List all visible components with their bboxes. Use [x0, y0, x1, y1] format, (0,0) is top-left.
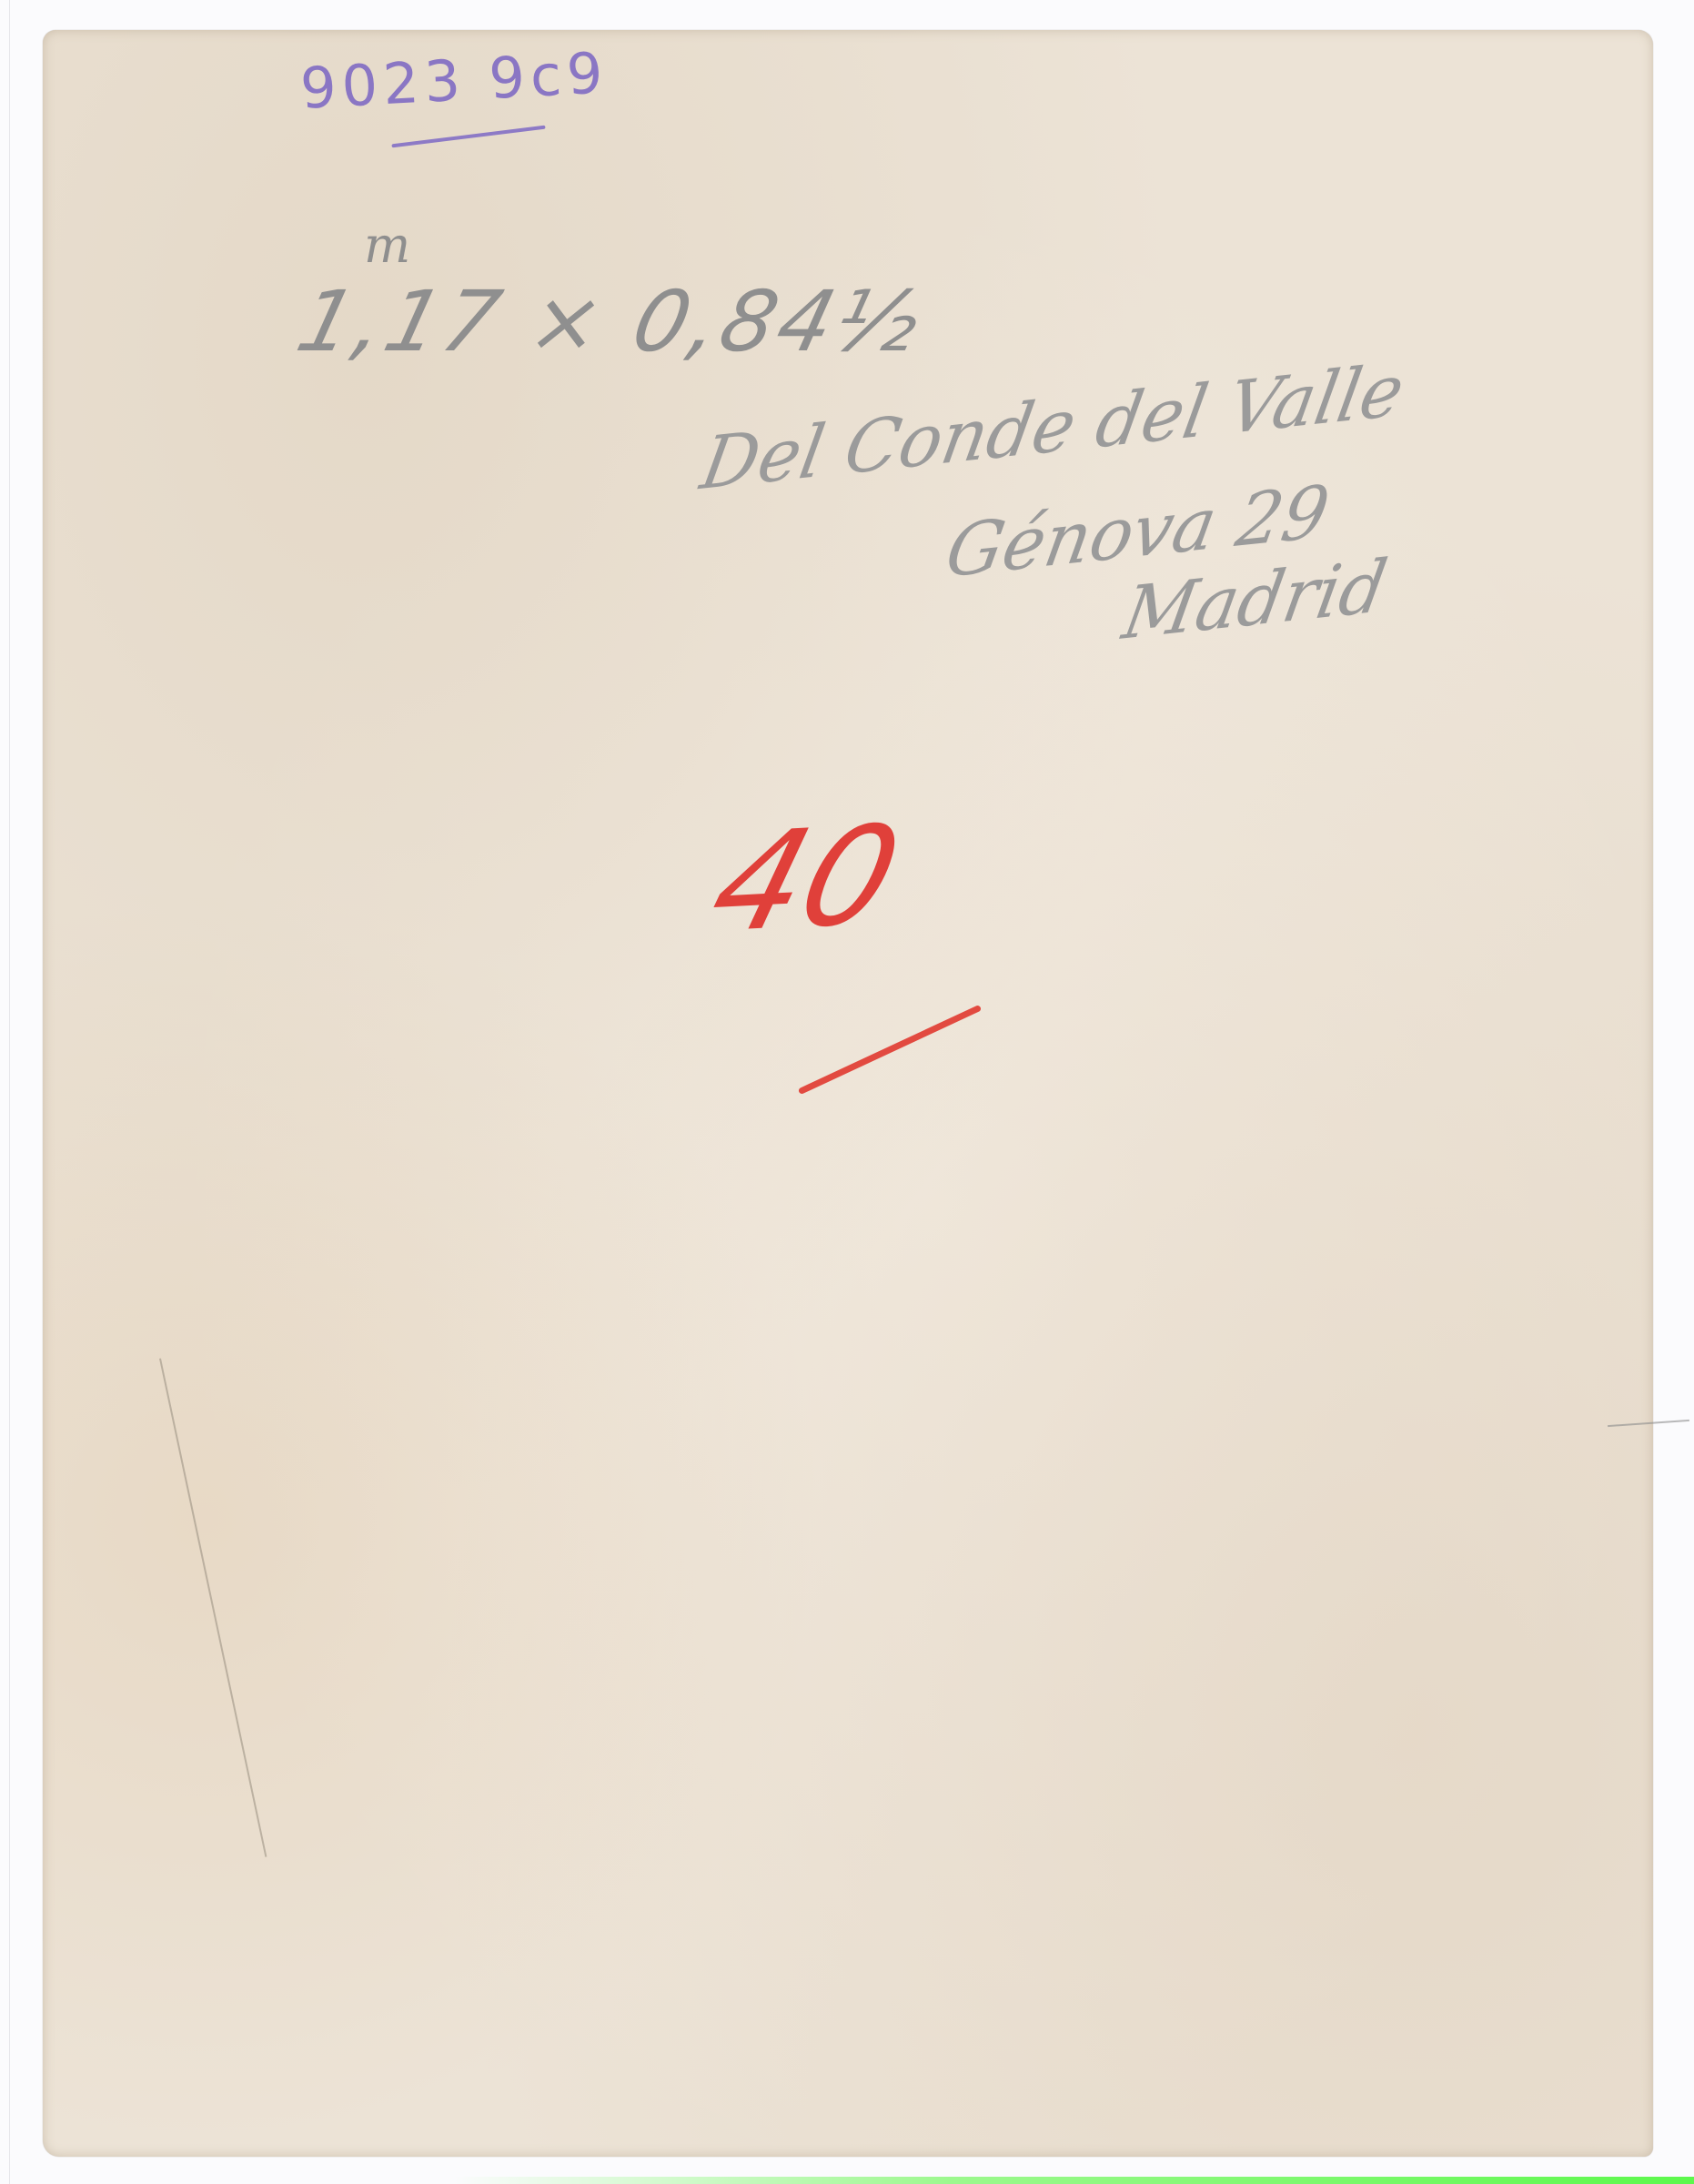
dimensions-note: 1,17 × 0,84½ [288, 273, 933, 370]
unit-mark: m [364, 217, 410, 274]
scanner-color-strip [455, 2177, 1694, 2184]
paper-tear [1608, 1420, 1689, 1427]
scanner-edge-line [9, 0, 10, 2184]
paper-crease [159, 1359, 267, 1857]
